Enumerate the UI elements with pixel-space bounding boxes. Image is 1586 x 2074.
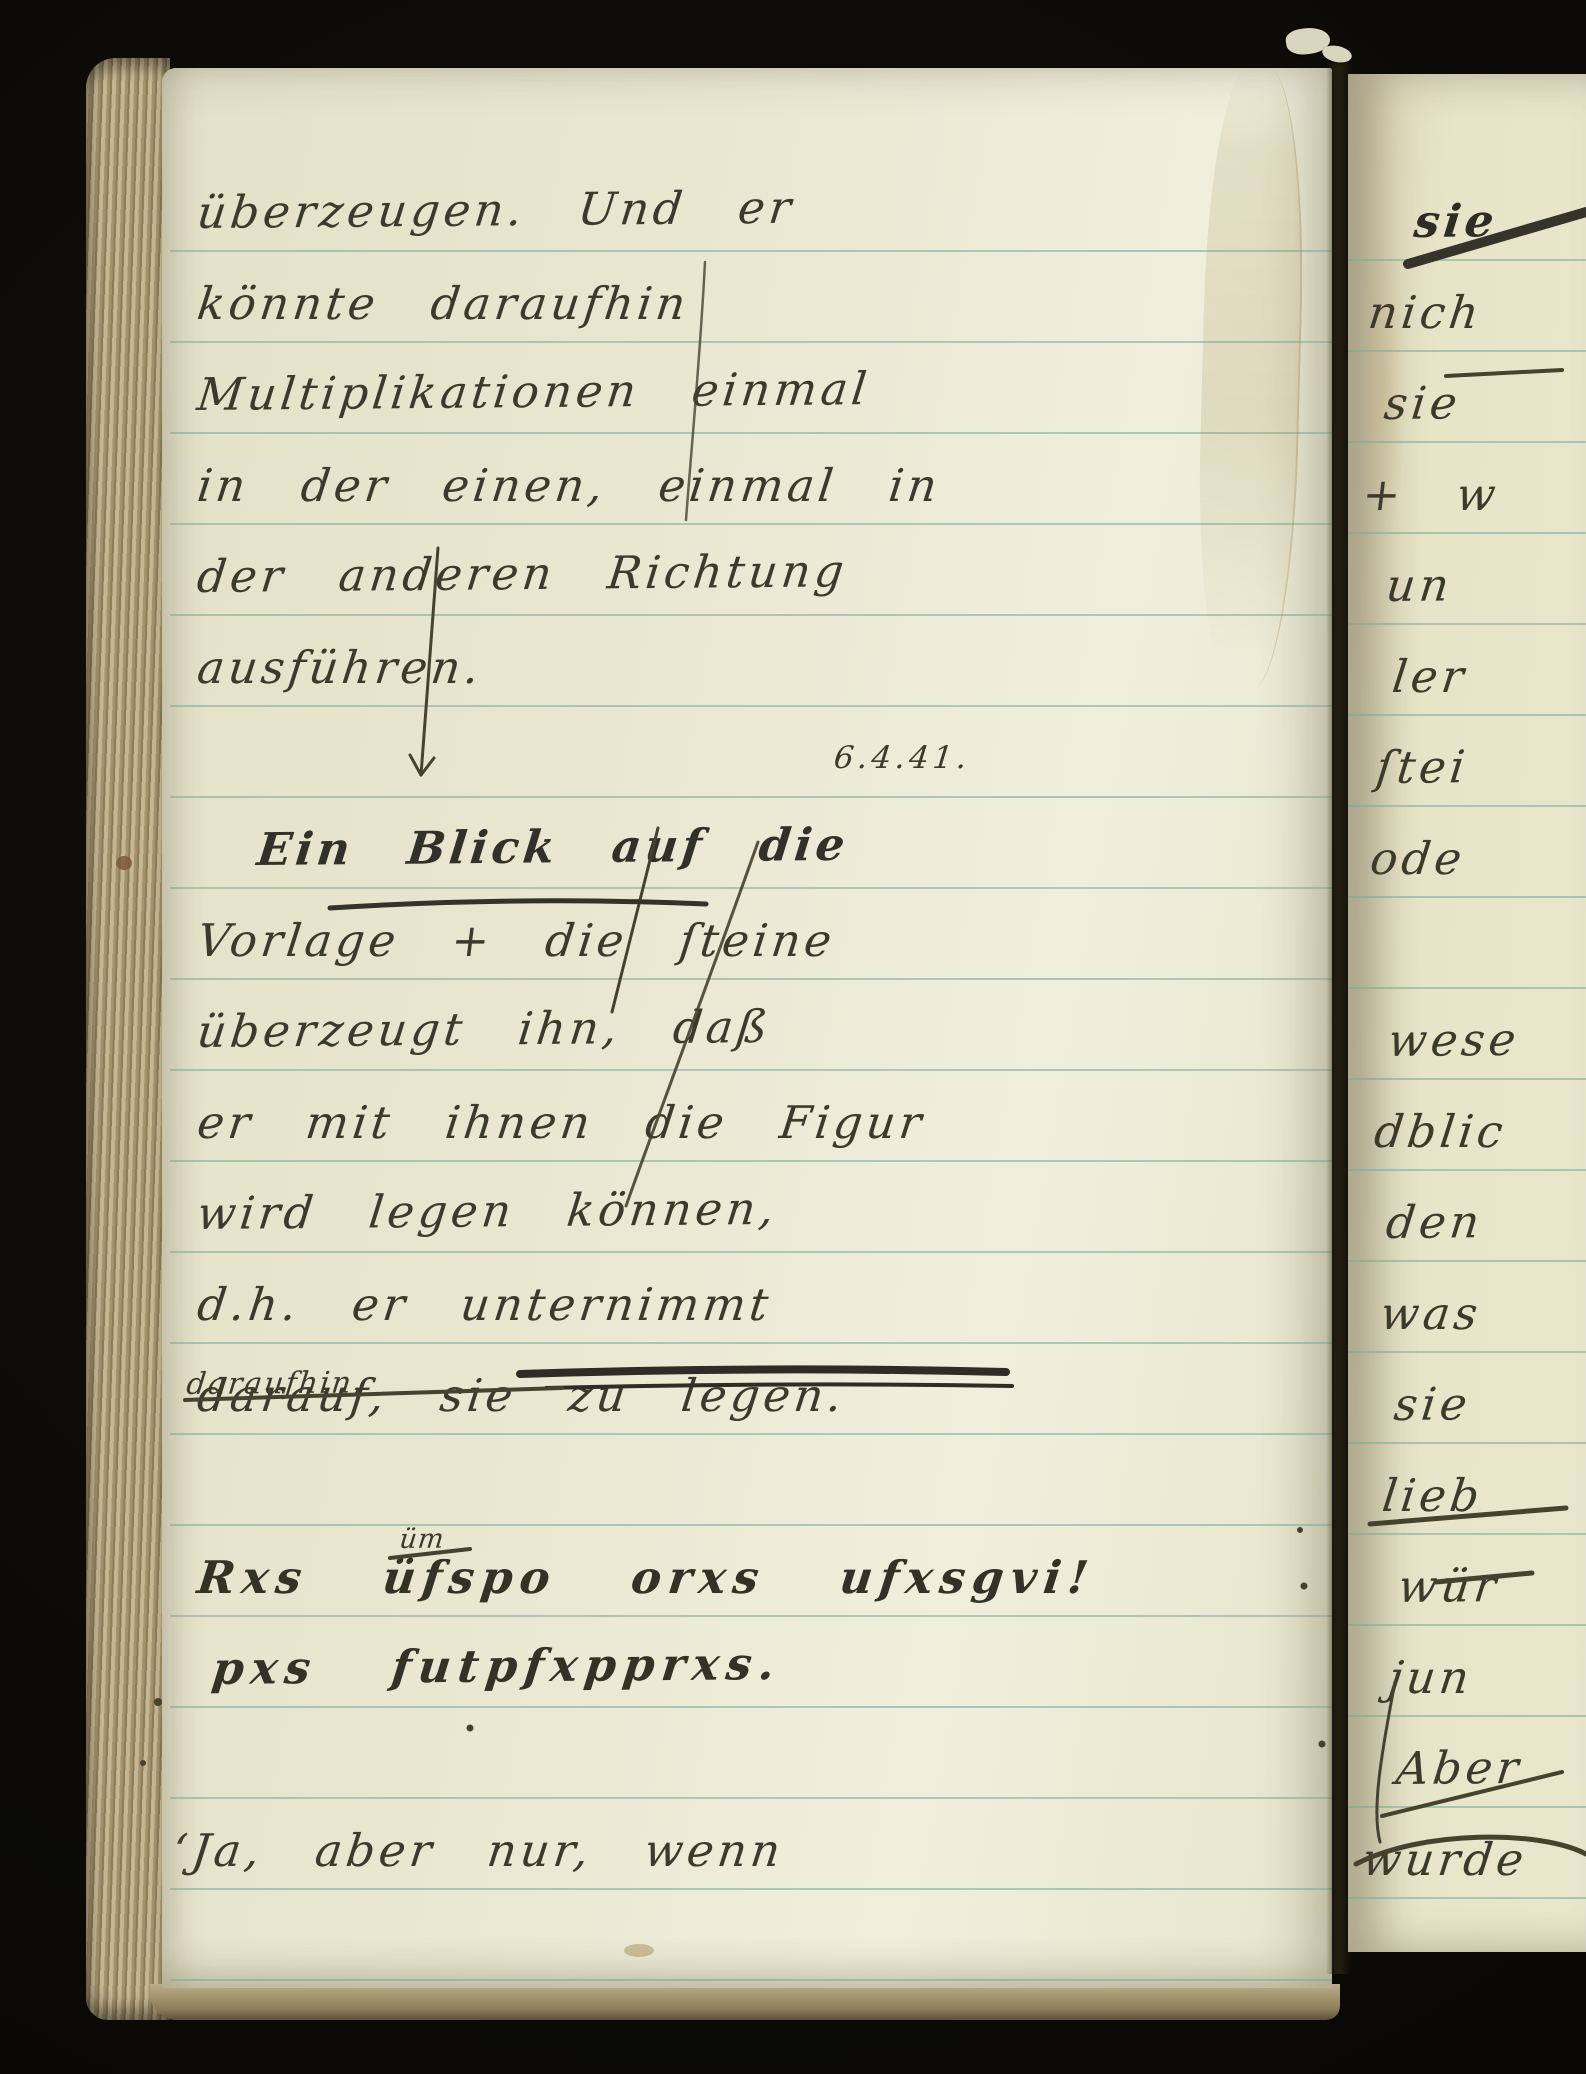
ink-spot — [116, 856, 132, 870]
handwriting-line: könnte daraufhin — [195, 281, 692, 326]
ruled-line — [170, 1433, 1332, 1435]
left-page: überzeugen. Und erkönnte daraufhinMultip… — [162, 68, 1332, 1988]
ruled-line — [170, 341, 1332, 343]
ruled-line — [170, 1251, 1332, 1253]
ruled-line — [1348, 1078, 1586, 1080]
handwriting-line: in der einen, einmal in — [195, 463, 943, 508]
ruled-line — [1348, 1806, 1586, 1808]
page-stack-fore-edge — [86, 58, 170, 2020]
handwriting-line: darauf, sie zu legen. — [195, 1373, 848, 1418]
ruled-line — [1348, 1533, 1586, 1535]
right-page-fragment: den — [1384, 1199, 1486, 1245]
ruled-line — [170, 887, 1332, 889]
right-page: sienichsie+ wunlerſteiodewesedblicdenwas… — [1348, 74, 1586, 1952]
handwriting-line: ‘Ja, aber nur, wenn — [170, 1828, 787, 1873]
right-page-fragment: wür — [1396, 1563, 1502, 1609]
entry-date: 6.4.41. — [832, 740, 972, 776]
ruled-line — [170, 978, 1332, 980]
ruled-line — [1348, 896, 1586, 898]
handwriting-line: Ein Blick auf die — [255, 822, 851, 872]
page-stack-bottom-edge — [150, 1984, 1340, 2020]
right-page-fragment: dblic — [1372, 1109, 1509, 1154]
ruled-line — [170, 1888, 1332, 1890]
ruled-line — [170, 1706, 1332, 1708]
right-page-fragment: lieb — [1380, 1473, 1486, 1518]
right-page-fragment: nich — [1366, 290, 1485, 335]
right-page-fragment: ſtei — [1374, 744, 1471, 790]
handwriting-line: Vorlage + die ſteine — [195, 918, 838, 963]
right-page-fragment: un — [1384, 562, 1455, 608]
ruled-line — [170, 705, 1332, 707]
handwriting-line: üm — [398, 1526, 446, 1553]
handwriting-line: er mit ihnen die Figur — [195, 1100, 928, 1145]
handwriting-line: d.h. er unternimmt — [195, 1282, 775, 1327]
handwriting-line: Multiplikationen einmal — [195, 366, 873, 417]
handwriting-line: wird legen können, — [195, 1186, 780, 1236]
right-page-fragment: was — [1378, 1291, 1484, 1336]
ruled-line — [1348, 1715, 1586, 1717]
ruled-line — [170, 523, 1332, 525]
ruled-line — [1348, 1897, 1586, 1899]
right-page-fragment: wurde — [1360, 1837, 1530, 1882]
handwriting-line: überzeugt ihn, daß — [195, 1004, 774, 1054]
water-stain — [1194, 67, 1308, 689]
right-page-fragment: sie — [1382, 380, 1463, 426]
notebook-scan: überzeugen. Und erkönnte daraufhinMultip… — [0, 0, 1586, 2074]
ruled-line — [170, 1797, 1332, 1799]
ruled-line — [1348, 987, 1586, 989]
right-page-fragment: Aber — [1394, 1745, 1525, 1791]
right-page-fragment: sie — [1412, 198, 1500, 244]
right-page-fragment: ode — [1368, 836, 1468, 881]
ruled-line — [170, 614, 1332, 616]
ruled-line — [170, 1979, 1332, 1981]
right-page-fragment: ler — [1390, 654, 1470, 699]
ruled-line — [1348, 714, 1586, 716]
handwriting-line: überzeugen. Und er — [195, 185, 797, 235]
ruled-line — [170, 1160, 1332, 1162]
code-line: pxs futpfxpprxs. — [210, 1641, 784, 1691]
ruled-line — [170, 796, 1332, 798]
right-page-fragment: jun — [1386, 1655, 1475, 1700]
ruled-line — [170, 250, 1332, 252]
right-page-fragment: + w — [1360, 472, 1502, 517]
ruled-line — [1348, 1624, 1586, 1626]
ruled-line — [170, 1524, 1332, 1526]
handwriting-line: der anderen Richtung — [195, 548, 850, 599]
ruled-line — [170, 1342, 1332, 1344]
ruled-line — [170, 1615, 1332, 1617]
ruled-line — [1348, 1169, 1586, 1171]
ruled-line — [1348, 1260, 1586, 1262]
ruled-line — [1348, 1442, 1586, 1444]
ruled-line — [1348, 1351, 1586, 1353]
handwriting-line: ausführen. — [195, 645, 485, 690]
right-page-fragment: sie — [1392, 1381, 1473, 1427]
ruled-line — [1348, 805, 1586, 807]
ruled-line — [170, 1069, 1332, 1071]
paper-stain — [624, 1944, 654, 1957]
ruled-line — [170, 432, 1332, 434]
right-page-fragment: wese — [1386, 1017, 1522, 1063]
code-line: Rxs üfspo orxs ufxsgvi! — [195, 1555, 1098, 1600]
